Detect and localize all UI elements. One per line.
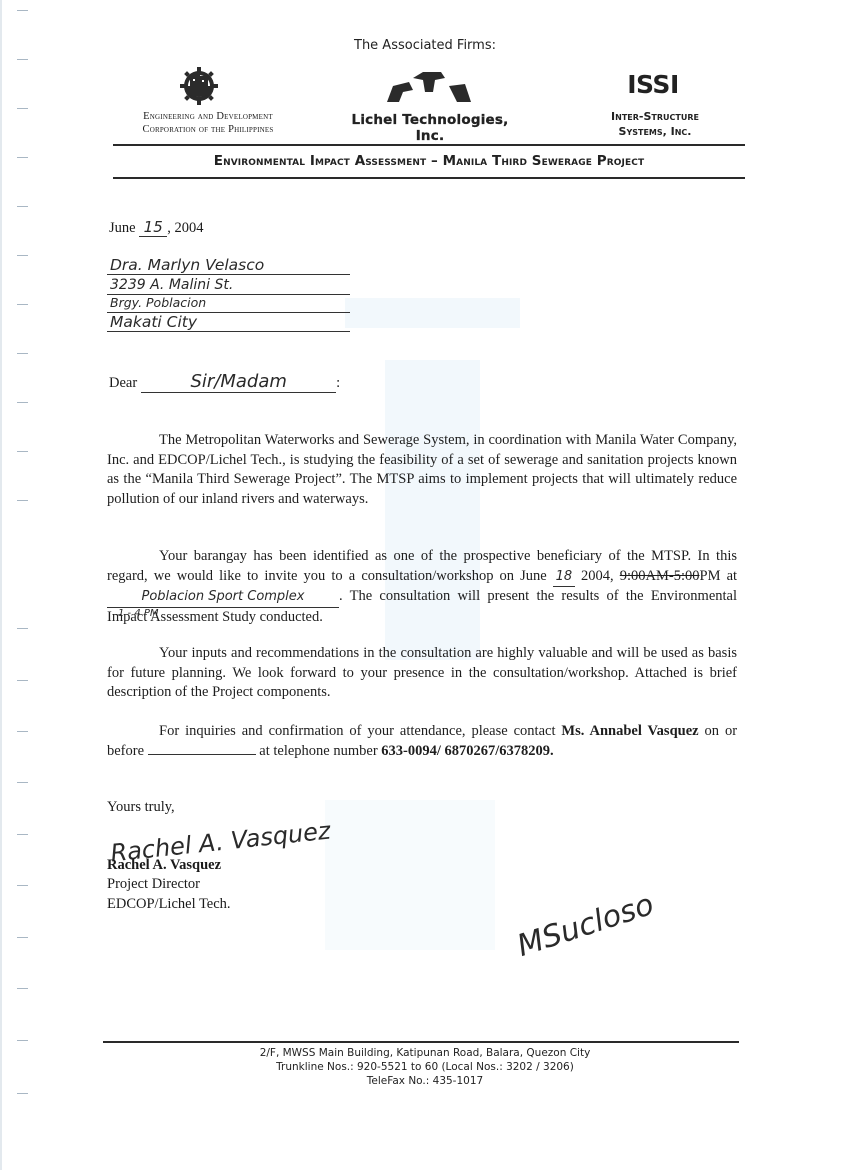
header-rule-bottom bbox=[113, 177, 745, 179]
letter-date: June 15, 2004 bbox=[109, 218, 203, 237]
scan-artifact bbox=[345, 298, 520, 328]
scanned-letter-page: The Associated Firms: Engineering and De… bbox=[0, 0, 850, 1170]
signatory-title: Project Director bbox=[107, 876, 200, 893]
invite-day-handwritten: 18 bbox=[553, 567, 575, 588]
edcop-gear-logo-icon bbox=[172, 64, 226, 106]
recipient-line: Makati City bbox=[107, 313, 350, 332]
issi-logo: ISSI bbox=[608, 70, 698, 99]
date-day-handwritten: 15 bbox=[139, 218, 167, 237]
rsvp-date-blank bbox=[148, 742, 256, 755]
footer-telefax: TeleFax No.: 435-1017 bbox=[0, 1074, 850, 1088]
project-title: Environmental Impact Assessment – Manila… bbox=[113, 153, 745, 169]
closing: Yours truly, bbox=[107, 799, 175, 816]
body-paragraph-2: Your barangay has been identified as one… bbox=[107, 547, 737, 627]
associated-firms-label: The Associated Firms: bbox=[0, 38, 850, 53]
salutation-handwritten: Sir/Madam bbox=[141, 371, 336, 393]
contact-phones: 633-0094/ 6870267/6378209. bbox=[381, 743, 553, 759]
lichel-arch-logo-icon bbox=[383, 68, 475, 104]
footer-address: 2/F, MWSS Main Building, Katipunan Road,… bbox=[0, 1046, 850, 1060]
venue-handwritten: Poblacion Sport Complex bbox=[107, 587, 339, 608]
header-rule-top bbox=[113, 144, 745, 146]
lichel-name: Lichel Technologies, Inc. bbox=[345, 112, 515, 144]
recipient-line: 3239 A. Malini St. bbox=[107, 276, 350, 295]
recipient-line: Dra. Marlyn Velasco bbox=[107, 256, 350, 275]
signatory-org: EDCOP/Lichel Tech. bbox=[107, 896, 231, 913]
footer-trunkline: Trunkline Nos.: 920-5521 to 60 (Local No… bbox=[0, 1060, 850, 1074]
salutation: DearSir/Madam: bbox=[109, 371, 340, 393]
body-paragraph-1: The Metropolitan Waterworks and Sewerage… bbox=[107, 431, 737, 509]
received-signature-handwritten: MSucloso bbox=[513, 887, 658, 964]
time-handwritten: 1 - 4 PM bbox=[118, 608, 159, 619]
scan-artifact bbox=[325, 800, 495, 950]
issi-name: Inter-Structure Systems, Inc. bbox=[585, 109, 725, 139]
edcop-name: Engineering and Development Corporation … bbox=[108, 110, 308, 136]
body-paragraph-3: Your inputs and recommendations in the c… bbox=[107, 644, 737, 703]
body-paragraph-4: For inquiries and confirmation of your a… bbox=[107, 722, 737, 761]
contact-name: Ms. Annabel Vasquez bbox=[561, 723, 698, 739]
signatory-name: Rachel A. Vasquez bbox=[107, 857, 221, 874]
struck-time: 9:00AM-5:00 bbox=[620, 568, 700, 584]
recipient-line: Brgy. Poblacion bbox=[107, 294, 350, 313]
footer-rule bbox=[103, 1041, 739, 1043]
scan-edge bbox=[0, 0, 2, 1170]
